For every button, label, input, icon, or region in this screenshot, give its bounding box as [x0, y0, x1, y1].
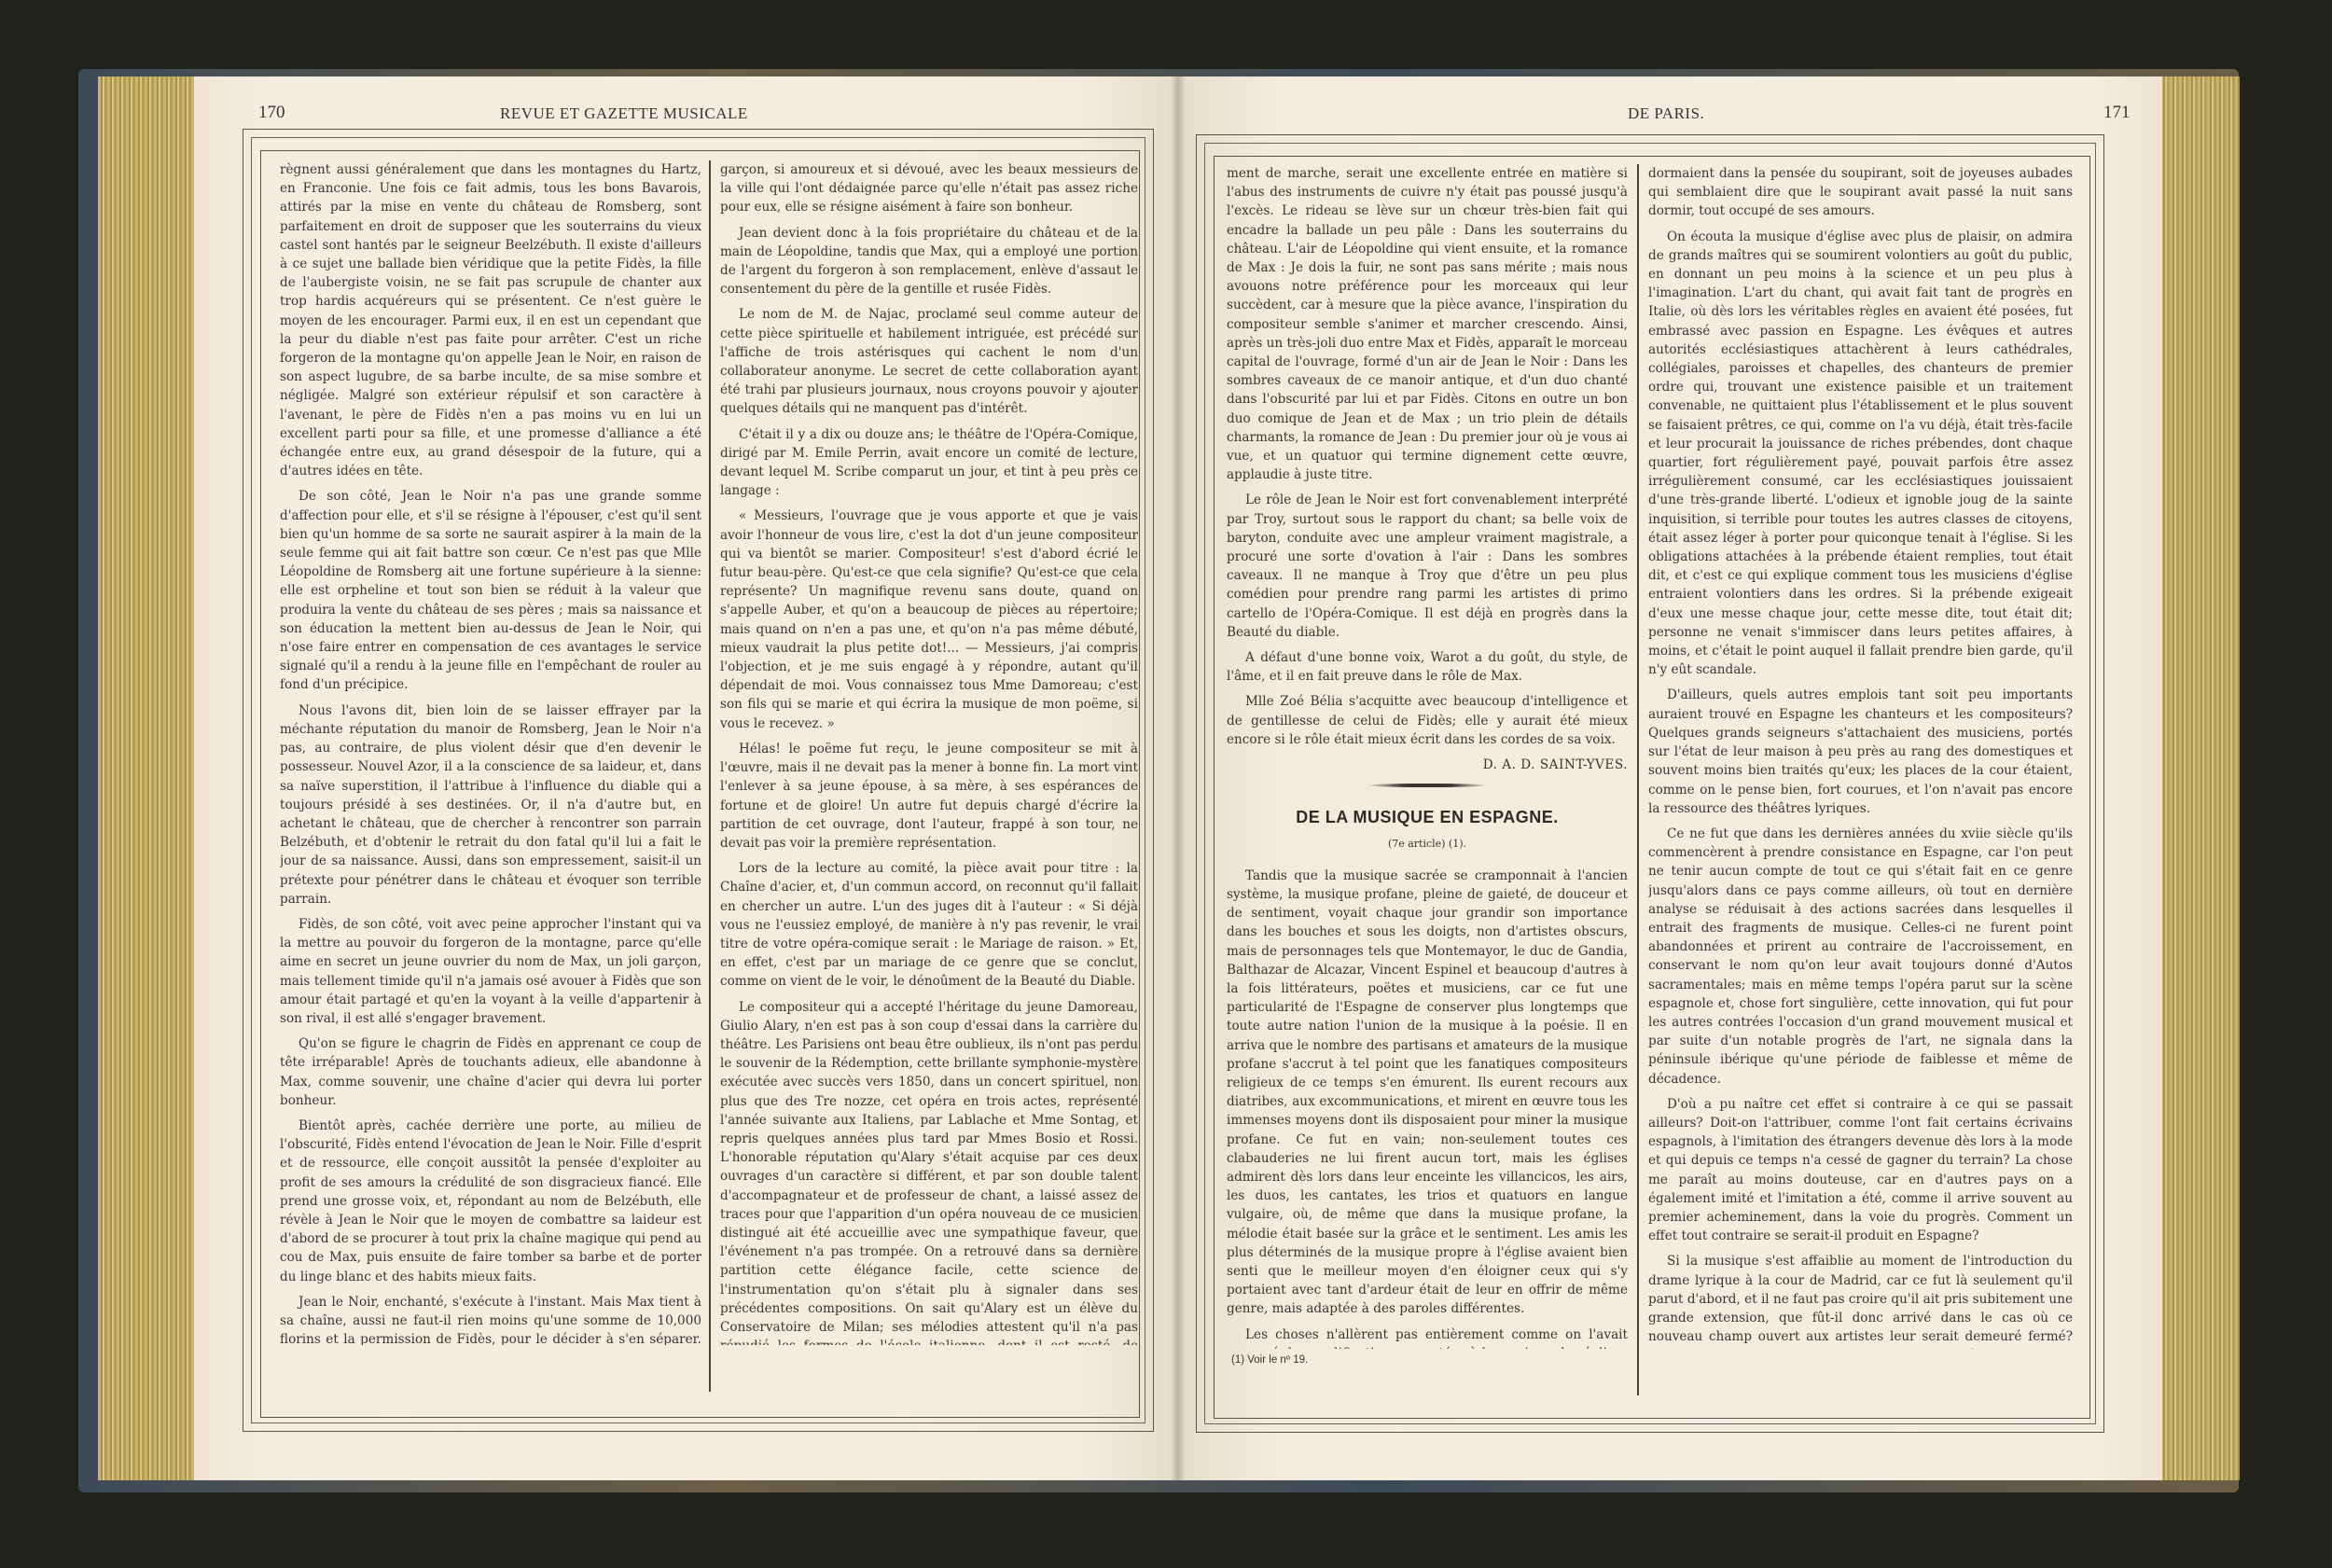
paragraph: Le nom de M. de Najac, proclamé seul com…	[720, 305, 1138, 418]
right-page-column-2: dormaient dans la pensée du soupirant, s…	[1648, 164, 2073, 1349]
footnote: (1) Voir le nº 19.	[1231, 1354, 1308, 1366]
paragraph: D'où a pu naître cet effet si contraire …	[1648, 1095, 2073, 1246]
page-edges-right	[2160, 76, 2240, 1480]
right-page-column-1: ment de marche, serait une excellente en…	[1227, 164, 1628, 1349]
paragraph: D'ailleurs, quels autres emplois tant so…	[1648, 686, 2073, 817]
paragraph: Les choses n'allèrent pas entièrement co…	[1227, 1325, 1628, 1349]
article-title: DE LA MUSIQUE EN ESPAGNE.	[1227, 808, 1628, 826]
paragraph: Jean le Noir, enchanté, s'exécute à l'in…	[280, 1293, 701, 1345]
paragraph: A défaut d'une bonne voix, Warot a du go…	[1227, 648, 1628, 686]
paragraph: dormaient dans la pensée du soupirant, s…	[1648, 164, 2073, 221]
paragraph: De son côté, Jean le Noir n'a pas une gr…	[280, 487, 701, 694]
running-head-right: DE PARIS.	[1628, 104, 1704, 123]
paragraph: Ce ne fut que dans les dernières années …	[1648, 825, 2073, 1089]
left-page-column-1: règnent aussi généralement que dans les …	[280, 160, 701, 1345]
column-rule-left	[709, 160, 711, 1392]
paragraph: C'était il y a dix ou douze ans; le théâ…	[720, 425, 1138, 501]
paragraph: Qu'on se figure le chagrin de Fidès en a…	[280, 1034, 701, 1110]
paragraph: Fidès, de son côté, voit avec peine appr…	[280, 915, 701, 1028]
paragraph: On écouta la musique d'église avec plus …	[1648, 228, 2073, 680]
article-subtitle: (7e article) (1).	[1227, 835, 1628, 853]
paragraph: Si la musique s'est affaiblie au moment …	[1648, 1252, 2073, 1349]
page-edges-left	[98, 76, 196, 1480]
paragraph: Jean devient donc à la fois propriétaire…	[720, 224, 1138, 299]
paragraph: garçon, si amoureux et si dévoué, avec l…	[720, 160, 1138, 217]
paragraph: règnent aussi généralement que dans les …	[280, 160, 701, 480]
paragraph: Hélas! le poëme fut reçu, le jeune compo…	[720, 740, 1138, 853]
left-page-column-2: garçon, si amoureux et si dévoué, avec l…	[720, 160, 1138, 1345]
paragraph: Bientôt après, cachée derrière une porte…	[280, 1117, 701, 1286]
paragraph: Tandis que la musique sacrée se cramponn…	[1227, 867, 1628, 1319]
paragraph: Mlle Zoé Bélia s'acquitte avec beaucoup …	[1227, 692, 1628, 749]
author-signature: D. A. D. SAINT-YVES.	[1227, 756, 1628, 774]
paragraph: Le rôle de Jean le Noir est fort convena…	[1227, 491, 1628, 642]
column-rule-right	[1637, 164, 1639, 1395]
section-divider-ornament	[1367, 784, 1488, 787]
paragraph: ment de marche, serait une excellente en…	[1227, 164, 1628, 484]
running-head-left: REVUE ET GAZETTE MUSICALE	[500, 104, 748, 123]
paragraph: « Messieurs, l'ouvrage que je vous appor…	[720, 506, 1138, 732]
book-gutter	[1171, 76, 1186, 1480]
paragraph: Nous l'avons dit, bien loin de se laisse…	[280, 701, 701, 909]
paragraph: Lors de la lecture au comité, la pièce a…	[720, 859, 1138, 991]
page-number-right: 171	[2103, 103, 2131, 123]
page-number-left: 170	[258, 103, 285, 123]
paragraph: Le compositeur qui a accepté l'héritage …	[720, 998, 1138, 1345]
